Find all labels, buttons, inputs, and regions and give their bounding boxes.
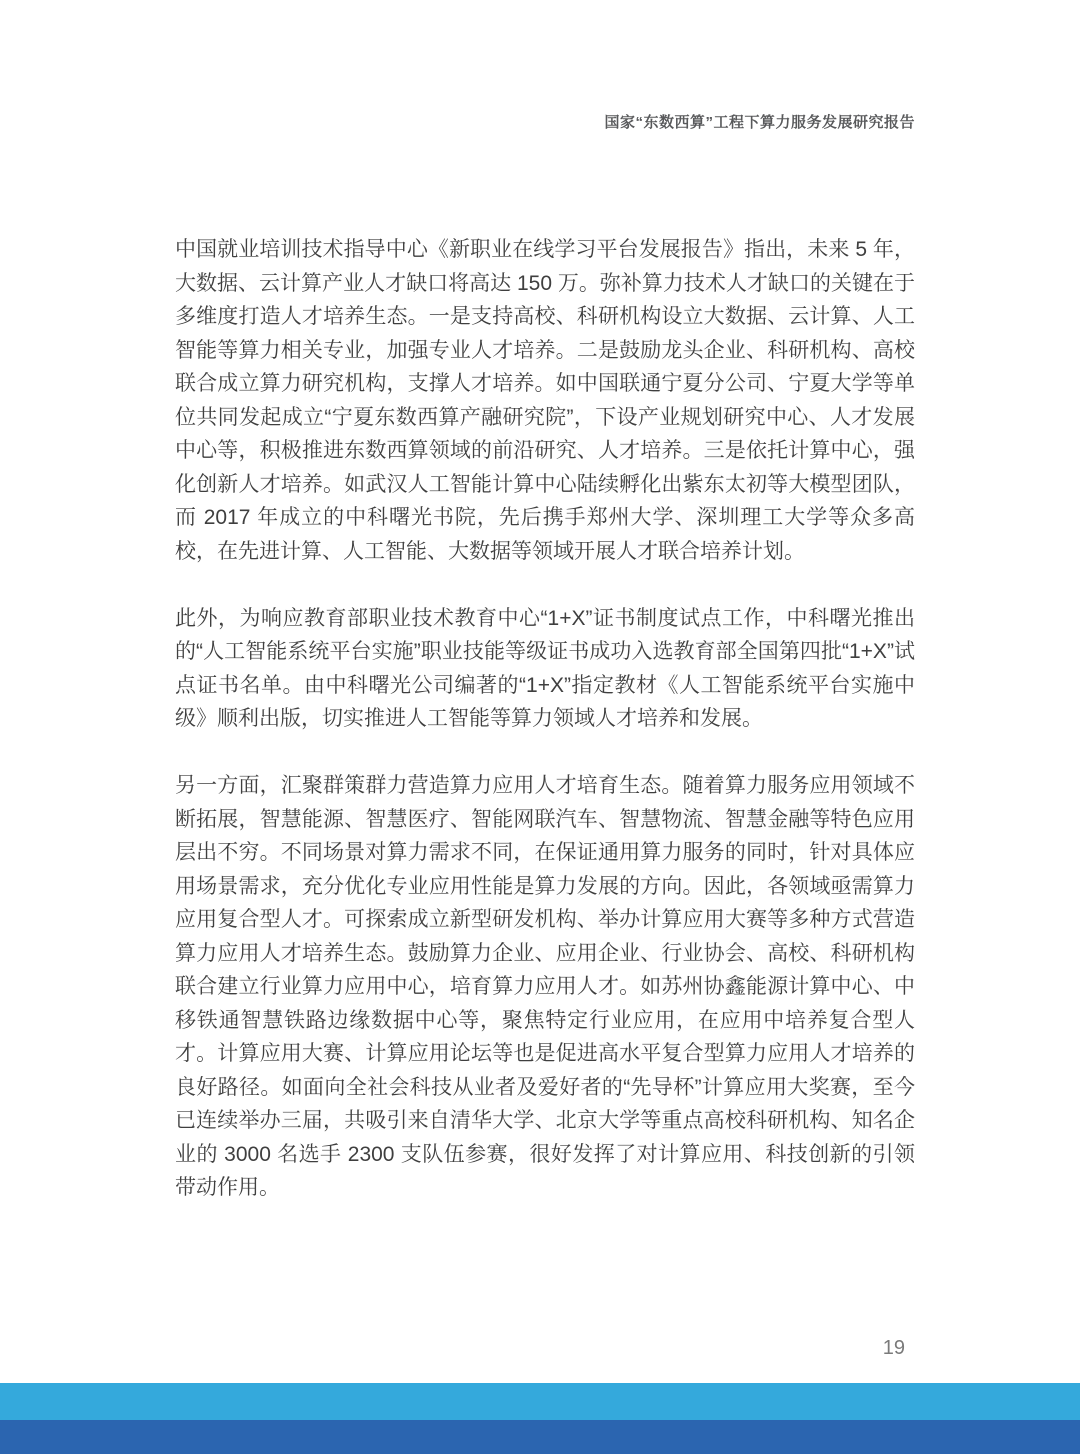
paragraph-talent-cultivation: 中国就业培训技术指导中心《新职业在线学习平台发展报告》指出，未来 5 年，大数据… [175,233,915,568]
footer-bar-light [0,1383,1080,1420]
page-number: 19 [175,1337,905,1360]
running-header-title: 国家“东数西算”工程下算力服务发展研究报告 [604,114,915,131]
paragraph-1x-certificate: 此外，为响应教育部职业技术教育中心“1+X”证书制度试点工作，中科曙光推出的“人… [175,602,915,736]
document-body: 中国就业培训技术指导中心《新职业在线学习平台发展报告》指出，未来 5 年，大数据… [175,233,915,1205]
page-header: 国家“东数西算”工程下算力服务发展研究报告 [175,111,915,132]
footer-bar-dark [0,1420,1080,1454]
report-page: 国家“东数西算”工程下算力服务发展研究报告 中国就业培训技术指导中心《新职业在线… [0,0,1080,1454]
paragraph-application-talent: 另一方面，汇聚群策群力营造算力应用人才培育生态。随着算力服务应用领域不断拓展，智… [175,769,915,1205]
